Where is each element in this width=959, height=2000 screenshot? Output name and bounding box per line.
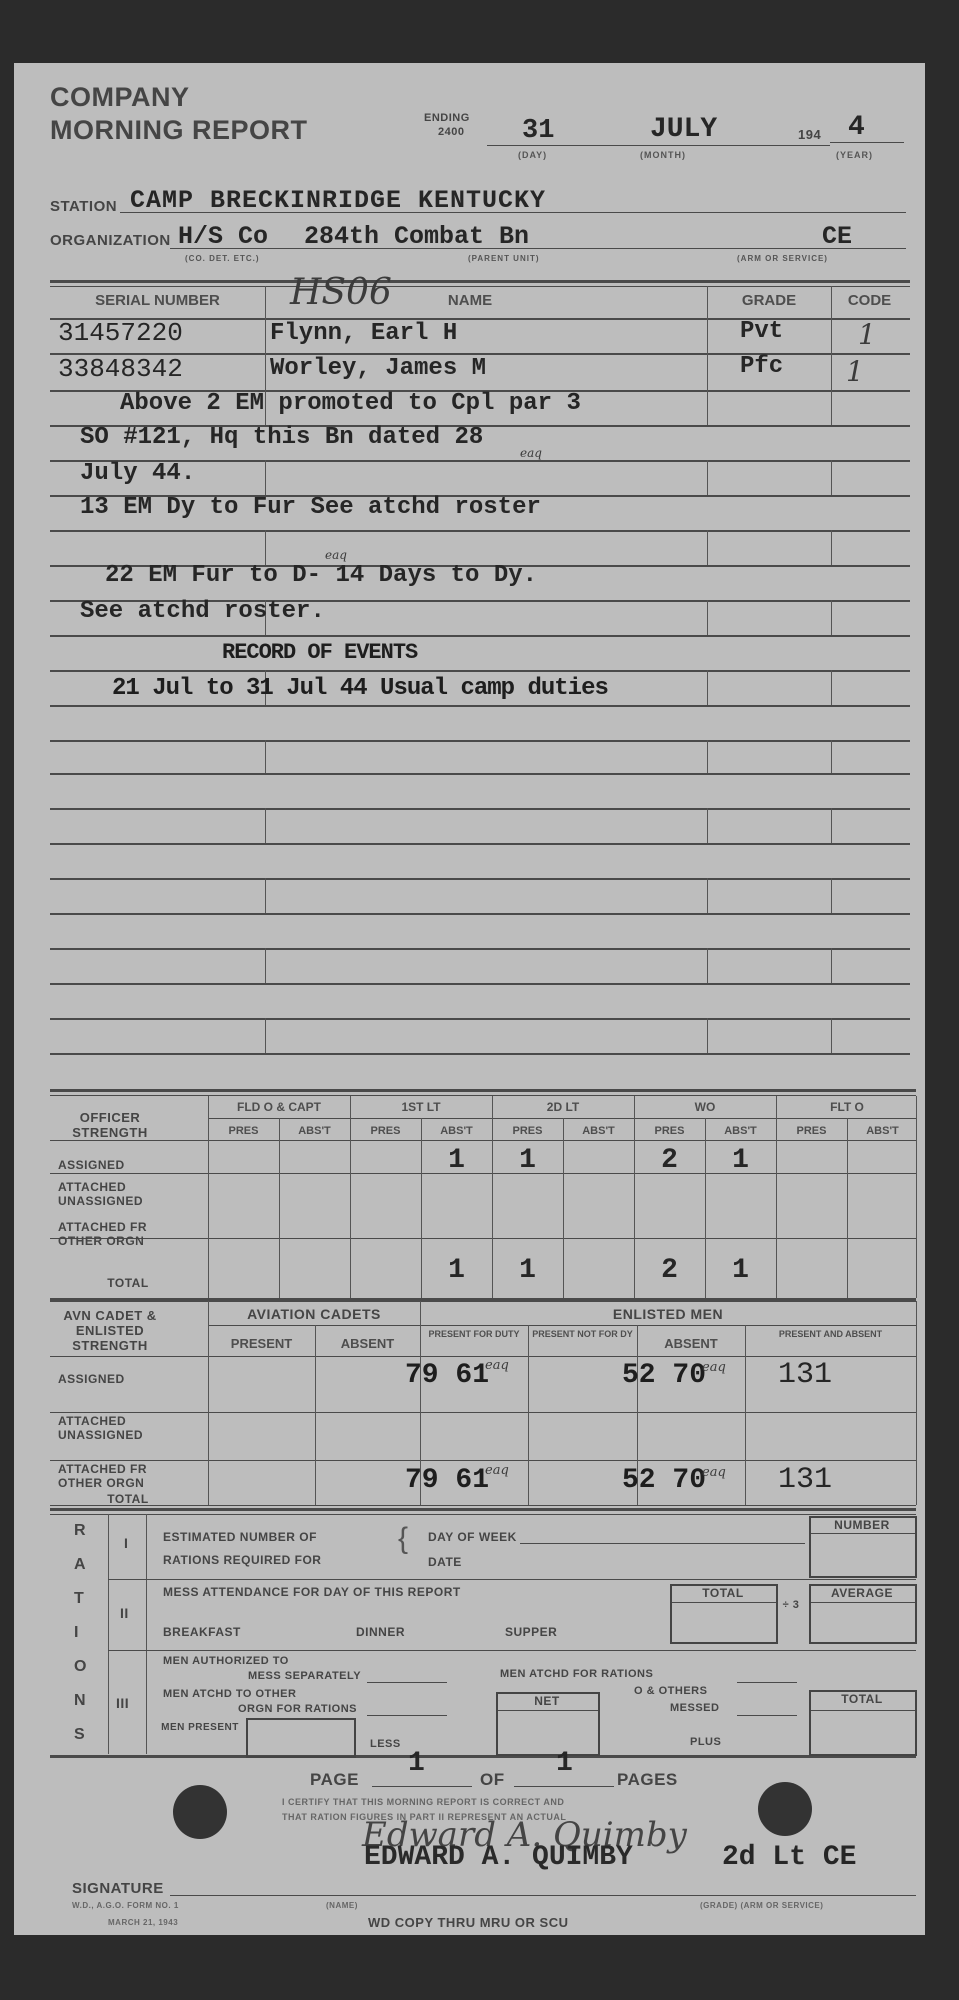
copy-note: WD COPY THRU MRU OR SCU [368,1915,568,1930]
organization-label: ORGANIZATION [50,232,171,249]
organization-arm: CE [822,222,852,251]
of-label: OF [480,1770,505,1790]
men-present-box[interactable] [246,1718,356,1758]
rations-section-1: I [124,1535,128,1551]
grade-caption: (GRADE) (ARM OR SERVICE) [700,1901,823,1910]
supper-label: SUPPER [505,1625,557,1639]
others-messed-label-2: MESSED [670,1702,719,1714]
rations-side-letter: O [74,1658,87,1676]
enlisted-column-header: ABSENT [637,1337,745,1350]
station-label: STATION [50,198,117,215]
officer-subcolumn-header: PRES [634,1125,705,1137]
certify-line-1: I CERTIFY THAT THIS MORNING REPORT IS CO… [282,1797,564,1807]
correction-initials: eaq [520,446,542,460]
dinner-label: DINNER [356,1625,405,1639]
enlisted-row-label: TOTAL [58,1492,198,1506]
officer-subcolumn-header: PRES [350,1125,421,1137]
officer-group-header: FLT O [776,1100,918,1114]
officer-assigned-value: 1 [421,1145,492,1176]
station-value: CAMP BRECKINRIDGE KENTUCKY [130,186,546,215]
remark-line-1: Above 2 EM promoted to Cpl par 3 [120,390,581,417]
officer-total-value: 1 [705,1255,776,1286]
rations-side-letter: T [74,1590,84,1608]
enlisted-column-header: PRESENT FOR DUTY [420,1328,528,1341]
arm-caption: (ARM OR SERVICE) [737,254,828,263]
officer-assigned-value: 1 [492,1145,563,1176]
officer-total-value: 1 [492,1255,563,1286]
enlisted-column-header: ABSENT [315,1337,420,1350]
officer-assigned-value: 1 [705,1145,776,1176]
enlisted-row-label: ASSIGNED [58,1372,168,1386]
report-month: JULY [650,114,717,145]
total-present-for-duty: 79 61 [405,1465,489,1496]
form-title-company: COMPANY [50,82,190,113]
enlisted-row-label: ATTACHED UNASSIGNED [58,1414,168,1442]
officer-group-header: FLD O & CAPT [208,1100,350,1114]
men-present-label: MEN PRESENT [150,1722,250,1734]
form-id: W.D., A.G.O. FORM NO. 1 [72,1901,179,1910]
mess-attendance-label: MESS ATTENDANCE FOR DAY OF THIS REPORT [163,1585,461,1599]
rations-section-2: II [120,1605,129,1621]
brace: { [398,1522,409,1556]
signer-name: EDWARD A. QUIMBY [364,1842,633,1873]
officer-subcolumn-header: ABS'T [705,1125,776,1137]
col-serial-number: SERIAL NUMBER [50,292,265,309]
organization-parent-unit: 284th Combat Bn [304,222,529,251]
binder-hole-left [173,1785,227,1839]
page-label: PAGE [310,1770,359,1790]
mess-total-label: TOTAL [670,1586,776,1600]
report-day: 31 [522,116,554,146]
rations-side-letter: N [74,1692,86,1710]
rations-side-letter: R [74,1522,86,1540]
enlisted-men-header: ENLISTED MEN [420,1306,916,1322]
breakfast-label: BREAKFAST [163,1625,241,1639]
form-date: MARCH 21, 1943 [108,1918,178,1927]
officer-group-header: 1ST LT [350,1100,492,1114]
officer-group-header: WO [634,1100,776,1114]
rations-side-letter: I [74,1624,79,1642]
enlisted-strength-title: AVN CADET & ENLISTED STRENGTH [55,1308,165,1353]
officer-subcolumn-header: ABS'T [847,1125,918,1137]
month-caption: (MONTH) [640,150,686,160]
enlisted-column-header: PRESENT AND ABSENT [745,1328,916,1341]
date-label: DATE [428,1555,462,1569]
binder-hole-right [758,1782,812,1836]
enlisted-row-label: ATTACHED FR OTHER ORGN [58,1462,168,1490]
col-code: CODE [831,292,908,309]
total-pfd-note: eaq [485,1463,509,1478]
parent-unit-caption: (PARENT UNIT) [468,254,540,263]
total-absent: 52 70 [622,1465,706,1496]
record-of-events-text: 21 Jul to 31 Jul 44 Usual camp duties [112,675,608,702]
remark-line-6: 22 EM Fur to D- 14 Days to Dy. [105,562,537,589]
pages-total: 1 [556,1748,573,1779]
ending-label: ENDING [424,112,470,124]
remark-line-7: See atchd roster. [80,598,325,625]
ending-time: 2400 [438,126,464,138]
men-atchd-for-rations-label: MEN ATCHD FOR RATIONS [500,1668,653,1680]
row-2-name: Worley, James M [270,355,486,382]
divide-by-3-label: ÷ 3 [781,1598,801,1612]
number-label: NUMBER [809,1518,915,1532]
row-1-serial: 31457220 [58,318,183,348]
record-of-events-title: RECORD OF EVENTS [222,640,417,665]
form-title-morning-report: MORNING REPORT [50,115,308,146]
remark-line-4: 13 EM Dy to Fur See atchd roster [80,494,541,521]
officer-subcolumn-header: ABS'T [279,1125,350,1137]
officer-row-label: ASSIGNED [58,1158,168,1172]
rations-side-letter: A [74,1556,86,1574]
row-2-grade: Pfc [740,353,783,380]
officer-strength-title: OFFICER STRENGTH [55,1110,165,1140]
officer-assigned-value: 2 [634,1145,705,1176]
row-1-name: Flynn, Earl H [270,320,457,347]
rations-total-label: TOTAL [809,1692,915,1706]
organization-unit: H/S Co [178,222,268,251]
pages-label: PAGES [617,1770,678,1790]
col-name: NAME [430,292,510,309]
aviation-cadets-header: AVIATION CADETS [208,1306,420,1322]
men-authorized-label-2: MESS SEPARATELY [248,1670,361,1682]
co-caption: (CO. DET. ETC.) [185,254,260,263]
remark-line-2: SO #121, Hq this Bn dated 28 [80,424,483,451]
plus-label: PLUS [690,1736,721,1748]
rations-section-3: III [116,1695,129,1711]
correction-initials-2: eaq [325,548,347,562]
enlisted-column-header: PRESENT NOT FOR DY [528,1328,637,1341]
rations-side-letter: S [74,1726,85,1744]
average-label: AVERAGE [809,1586,915,1600]
row-2-code: 1 [846,355,864,388]
estimated-rations-label-2: RATIONS REQUIRED FOR [163,1553,321,1567]
page-number: 1 [408,1748,425,1779]
signature-label: SIGNATURE [72,1880,164,1897]
officer-group-header: 2D LT [492,1100,634,1114]
signer-grade-arm: 2d Lt CE [722,1842,856,1873]
day-of-week-label: DAY OF WEEK [428,1530,517,1544]
officer-total-value: 2 [634,1255,705,1286]
day-caption: (DAY) [518,150,547,160]
officer-subcolumn-header: PRES [208,1125,279,1137]
men-atchd-other-label-2: ORGN FOR RATIONS [238,1703,357,1715]
estimated-rations-label-1: ESTIMATED NUMBER OF [163,1530,317,1544]
remark-line-3: July 44. [80,460,195,487]
officer-row-label: ATTACHED FR OTHER ORGN [58,1220,168,1248]
assigned-absent-note: eaq [702,1360,726,1375]
officer-row-label: ATTACHED UNASSIGNED [58,1180,168,1208]
others-messed-label-1: O & OTHERS [634,1685,707,1697]
officer-subcolumn-header: PRES [776,1125,847,1137]
assigned-present-and-absent: 131 [778,1358,832,1392]
officer-subcolumn-header: ABS'T [421,1125,492,1137]
enlisted-column-header: PRESENT [208,1337,315,1350]
handwritten-note: HS06 [290,272,392,313]
name-caption: (NAME) [326,1901,358,1910]
row-1-code: 1 [858,318,876,351]
less-label: LESS [370,1738,401,1750]
row-2-serial: 33848342 [58,354,183,384]
year-prefix: 194 [798,127,821,142]
officer-subcolumn-header: ABS'T [563,1125,634,1137]
men-atchd-other-label-1: MEN ATCHD TO OTHER [163,1688,296,1700]
assigned-present-for-duty: 79 61 [405,1360,489,1391]
year-caption: (YEAR) [836,150,873,160]
net-label: NET [496,1694,598,1708]
report-year: 4 [848,112,865,143]
col-grade: GRADE [707,292,831,309]
total-absent-note: eaq [702,1465,726,1480]
assigned-absent: 52 70 [622,1360,706,1391]
officer-row-label: TOTAL [58,1276,198,1290]
officer-total-value: 1 [421,1255,492,1286]
assigned-pfd-note: eaq [485,1358,509,1373]
total-present-and-absent: 131 [778,1463,832,1497]
men-authorized-label-1: MEN AUTHORIZED TO [163,1655,289,1667]
row-1-grade: Pvt [740,318,783,345]
officer-subcolumn-header: PRES [492,1125,563,1137]
